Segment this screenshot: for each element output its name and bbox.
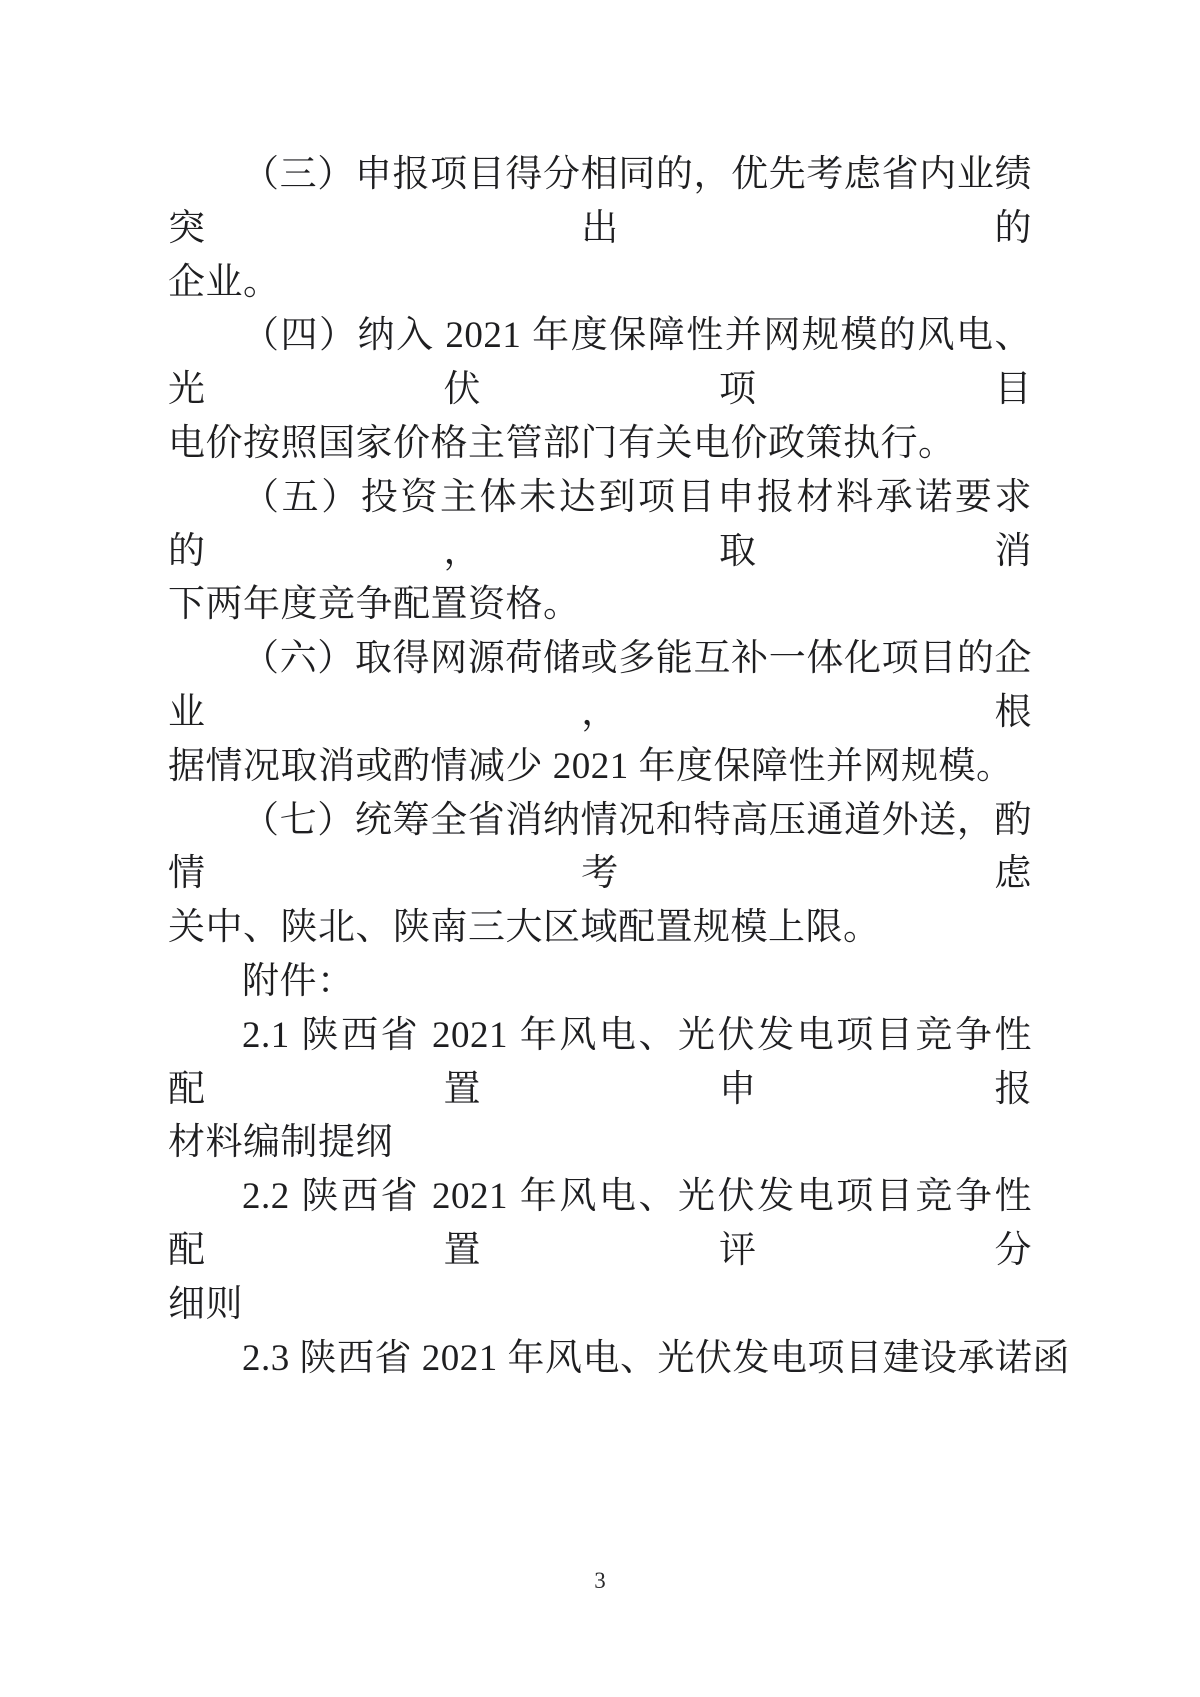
page-number: 3 bbox=[0, 1566, 1200, 1596]
attachment-item-line: 2.3 陕西省 2021 年风电、光伏发电项目建设承诺函 bbox=[168, 1332, 1032, 1386]
attachment-item-line: 细则 bbox=[168, 1278, 1032, 1332]
text-line: 关中、陕北、陕南三大区域配置规模上限。 bbox=[168, 901, 1032, 955]
text-line: （七）统筹全省消纳情况和特高压通道外送，酌情考虑 bbox=[168, 794, 1032, 902]
text-line: 据情况取消或酌情减少 2021 年度保障性并网规模。 bbox=[168, 740, 1032, 794]
text-line: （六）取得网源荷储或多能互补一体化项目的企业，根 bbox=[168, 632, 1032, 740]
attachment-item-line: 2.1 陕西省 2021 年风电、光伏发电项目竞争性配置申报 bbox=[168, 1009, 1032, 1117]
document-page: （三）申报项目得分相同的，优先考虑省内业绩突出的 企业。 （四）纳入 2021 … bbox=[0, 0, 1200, 1697]
text-line: 电价按照国家价格主管部门有关电价政策执行。 bbox=[168, 417, 1032, 471]
text-line: （三）申报项目得分相同的，优先考虑省内业绩突出的 bbox=[168, 148, 1032, 256]
attachment-item-line: 材料编制提纲 bbox=[168, 1116, 1032, 1170]
text-line: （五）投资主体未达到项目申报材料承诺要求的，取消 bbox=[168, 471, 1032, 579]
text-line: 下两年度竞争配置资格。 bbox=[168, 578, 1032, 632]
text-line: 企业。 bbox=[168, 256, 1032, 310]
document-body: （三）申报项目得分相同的，优先考虑省内业绩突出的 企业。 （四）纳入 2021 … bbox=[168, 148, 1032, 1385]
attachment-item-line: 2.2 陕西省 2021 年风电、光伏发电项目竞争性配置评分 bbox=[168, 1170, 1032, 1278]
text-line: （四）纳入 2021 年度保障性并网规模的风电、光伏项目 bbox=[168, 309, 1032, 417]
attachments-label: 附件： bbox=[168, 955, 1032, 1009]
